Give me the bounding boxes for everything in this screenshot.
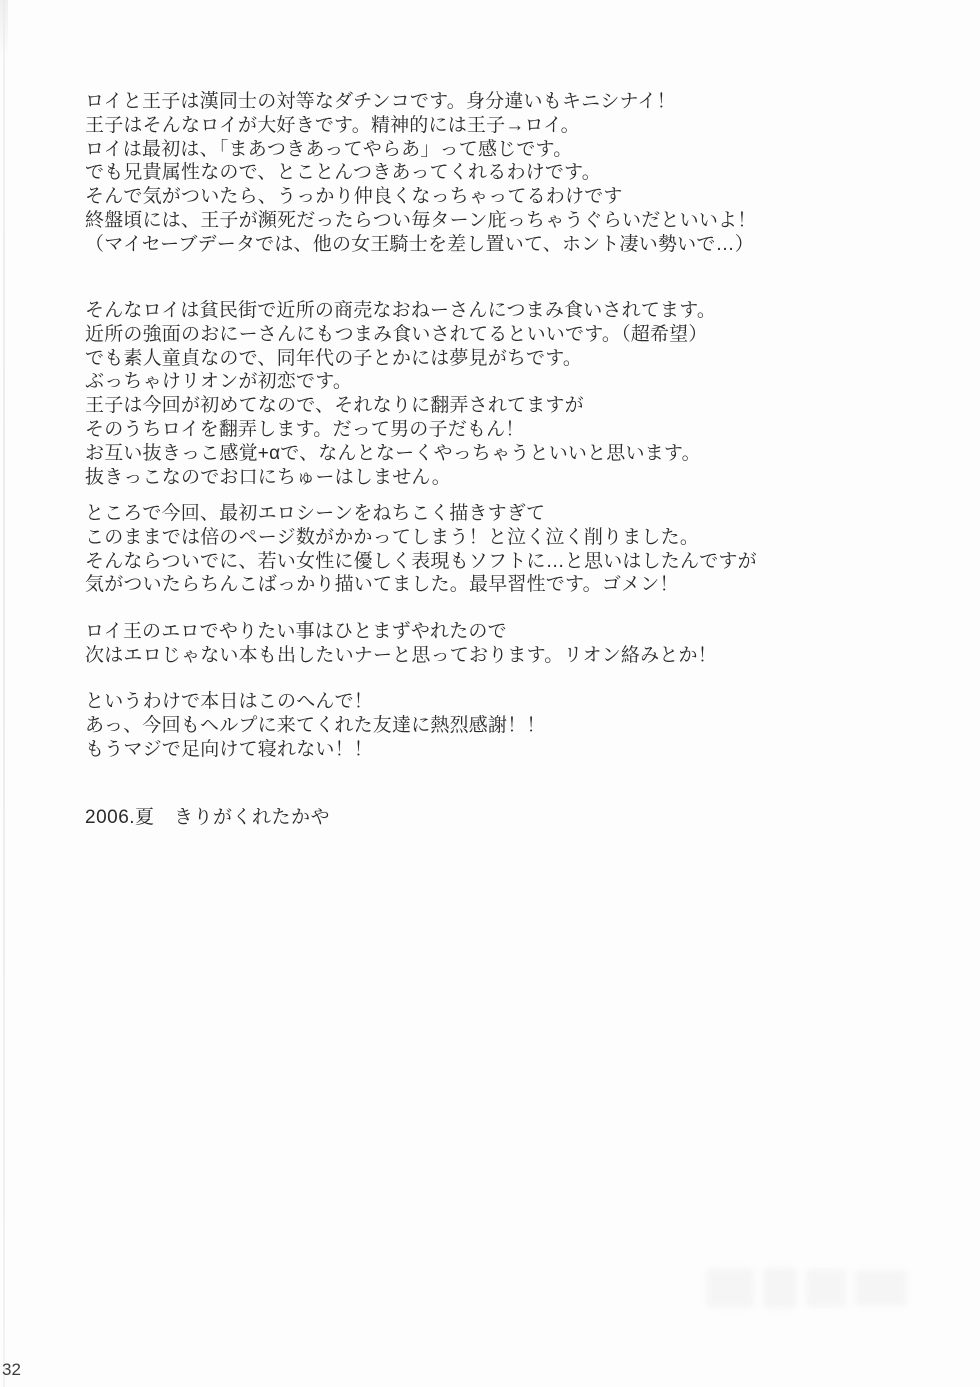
text-line: というわけで本日はこのへんで！ (85, 690, 546, 714)
signature-line: 2006.夏 きりがくれたかや (85, 802, 330, 829)
text-line: ところで今回、最初エロシーンをねちこく描きすぎて (85, 502, 757, 526)
scan-edge-line (3, 0, 5, 1387)
text-line: 王子はそんなロイが大好きです。精神的には王子→ロイ。 (85, 114, 756, 138)
text-line: 気がついたらちんこばっかり描いてました。最早習性です。ゴメン！ (85, 573, 757, 597)
text-line: そんなロイは貧民街で近所の商売なおねーさんにつまみ食いされてます。 (85, 299, 716, 323)
text-line: 次はエロじゃない本も出したいナーと思っております。リオン絡みとか！ (85, 644, 717, 668)
text-line: 王子は今回が初めてなので、それなりに翻弄されてますが (85, 394, 716, 418)
afterword-paragraph-2: そんなロイは貧民街で近所の商売なおねーさんにつまみ食いされてます。 近所の強面の… (85, 299, 716, 489)
text-line: でも兄貴属性なので、とことんつきあってくれるわけです。 (85, 161, 756, 185)
text-line: ロイと王子は漢同士の対等なダチンコです。身分違いもキニシナイ！ (85, 90, 756, 114)
show-through-artifact (706, 1263, 911, 1313)
text-line: （マイセーブデータでは、他の女王騎士を差し置いて、ホント凄い勢いで…） (85, 233, 756, 257)
text-line: 抜きっこなのでお口にちゅーはしません。 (85, 466, 716, 490)
text-line: そんで気がついたら、うっかり仲良くなっちゃってるわけです (85, 185, 756, 209)
text-line: お互い抜きっこ感覚+αで、なんとなーくやっちゃうといいと思います。 (85, 442, 716, 466)
show-through-blob (706, 1268, 754, 1308)
afterword-paragraph-5: というわけで本日はこのへんで！ あっ、今回もヘルプに来てくれた友達に熱烈感謝！！… (85, 690, 546, 761)
page-number: 32 (2, 1360, 21, 1380)
afterword-paragraph-4: ロイ王のエロでやりたい事はひとまずやれたので 次はエロじゃない本も出したいナーと… (85, 620, 717, 668)
text-line: 終盤頃には、王子が瀕死だったらつい毎ターン庇っちゃうぐらいだといいよ！ (85, 209, 756, 233)
text-line: あっ、今回もヘルプに来てくれた友達に熱烈感謝！！ (85, 714, 546, 738)
show-through-blob (763, 1267, 797, 1309)
text-line: ロイは最初は、「まあつきあってやらあ」って感じです。 (85, 138, 756, 162)
text-line: 近所の強面のおにーさんにもつまみ食いされてるといいです。（超希望） (85, 323, 716, 347)
text-line: ぶっちゃけリオンが初恋です。 (85, 370, 716, 394)
scan-corner-shading (0, 0, 8, 60)
show-through-blob (855, 1270, 907, 1306)
text-line: このままでは倍のページ数がかかってしまう！と泣く泣く削りました。 (85, 526, 757, 550)
afterword-paragraph-1: ロイと王子は漢同士の対等なダチンコです。身分違いもキニシナイ！ 王子はそんなロイ… (85, 90, 756, 257)
text-line: そのうちロイを翻弄します。だって男の子だもん！ (85, 418, 716, 442)
afterword-paragraph-3: ところで今回、最初エロシーンをねちこく描きすぎて このままでは倍のページ数がかか… (85, 502, 757, 597)
scanned-afterword-page: ロイと王子は漢同士の対等なダチンコです。身分違いもキニシナイ！ 王子はそんなロイ… (0, 0, 980, 1387)
text-line: そんならついでに、若い女性に優しく表現もソフトに…と思いはしたんですが (85, 550, 757, 574)
text-line: もうマジで足向けて寝れない！！ (85, 738, 546, 762)
text-line: でも素人童貞なので、同年代の子とかには夢見がちです。 (85, 347, 716, 371)
text-line: ロイ王のエロでやりたい事はひとまずやれたので (85, 620, 717, 644)
show-through-blob (806, 1269, 846, 1307)
